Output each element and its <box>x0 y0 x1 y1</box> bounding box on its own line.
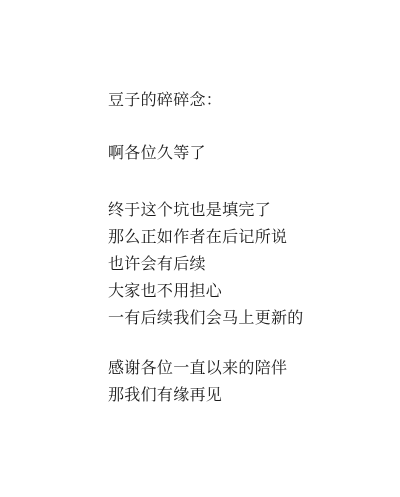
text-line: 大家也不用担心 <box>108 281 222 301</box>
text-line: 那我们有缘再见 <box>108 385 222 405</box>
note-title: 豆子的碎碎念： <box>108 90 222 110</box>
text-line: 一有后续我们会马上更新的 <box>108 308 304 328</box>
text-line: 感谢各位一直以来的陪伴 <box>108 358 287 378</box>
greeting-line: 啊各位久等了 <box>108 143 206 163</box>
text-line: 那么正如作者在后记所说 <box>108 227 287 247</box>
text-line: 终于这个坑也是填完了 <box>108 200 271 220</box>
text-line: 也许会有后续 <box>108 254 206 274</box>
